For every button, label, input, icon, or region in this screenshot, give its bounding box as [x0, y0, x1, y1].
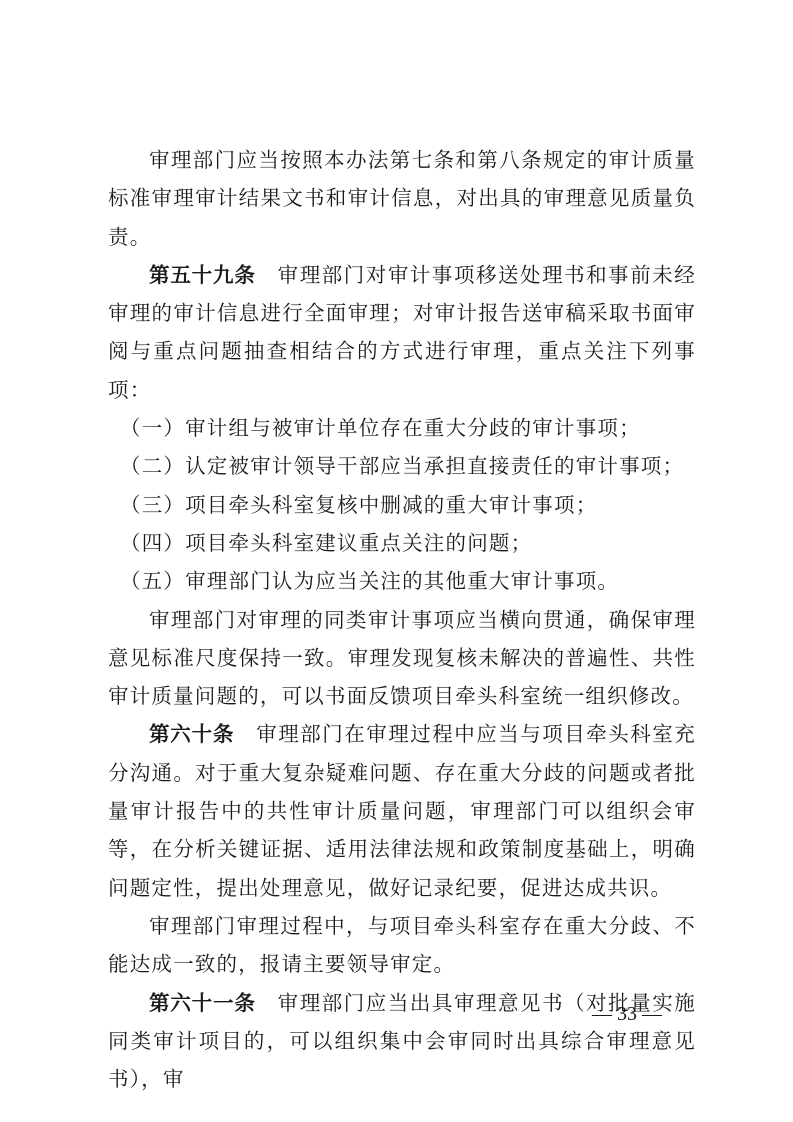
page-number: — 33 —: [592, 1003, 662, 1026]
article-59: 第五十九条审理部门对审计事项移送处理书和事前未经审理的审计信息进行全面审理；对审…: [108, 256, 696, 409]
paragraph-text: 审理部门审理过程中，与项目牵头科室存在重大分歧、不能达成一致的，报请主要领导审定…: [108, 914, 696, 976]
list-item: （四）项目牵头科室建议重点关注的问题；: [108, 524, 696, 562]
list-item: （五）审理部门认为应当关注的其他重大审计事项。: [108, 562, 696, 600]
article-61: 第六十一条审理部门应当出具审理意见书（对批量实施同类审计项目的，可以组织集中会审…: [108, 984, 696, 1099]
paragraph-text: 审理部门对审理的同类审计事项应当横向贯通，确保审理意见标准尺度保持一致。审理发现…: [108, 608, 696, 709]
list-item-text: （五）审理部门认为应当关注的其他重大审计事项。: [120, 569, 619, 593]
article-heading: 第五十九条: [149, 263, 256, 287]
list-item: （一）审计组与被审计单位存在重大分歧的审计事项；: [108, 409, 696, 447]
list-item-text: （三）项目牵头科室复核中删减的重大审计事项；: [120, 493, 597, 517]
document-page: 审理部门应当按照本办法第七条和第八条规定的审计质量标准审理审计结果文书和审计信息…: [108, 141, 696, 1098]
paragraph-horizontal-consistency: 审理部门对审理的同类审计事项应当横向贯通，确保审理意见标准尺度保持一致。审理发现…: [108, 601, 696, 716]
article-heading: 第六十一条: [149, 991, 256, 1015]
article-60: 第六十条审理部门在审理过程中应当与项目牵头科室充分沟通。对于重大复杂疑难问题、存…: [108, 715, 696, 906]
paragraph-text: 审理部门应当按照本办法第七条和第八条规定的审计质量标准审理审计结果文书和审计信息…: [108, 148, 696, 249]
list-item-text: （四）项目牵头科室建议重点关注的问题；: [120, 531, 532, 555]
list-item-text: （二）认定被审计领导干部应当承担直接责任的审计事项；: [120, 454, 684, 478]
list-item: （三）项目牵头科室复核中删减的重大审计事项；: [108, 486, 696, 524]
list-item: （二）认定被审计领导干部应当承担直接责任的审计事项；: [108, 447, 696, 485]
list-item-text: （一）审计组与被审计单位存在重大分歧的审计事项；: [120, 416, 641, 440]
paragraph-review-quality-responsibility: 审理部门应当按照本办法第七条和第八条规定的审计质量标准审理审计结果文书和审计信息…: [108, 141, 696, 256]
paragraph-escalation: 审理部门审理过程中，与项目牵头科室存在重大分歧、不能达成一致的，报请主要领导审定…: [108, 907, 696, 984]
article-heading: 第六十条: [149, 722, 234, 746]
article-text: 审理部门在审理过程中应当与项目牵头科室充分沟通。对于重大复杂疑难问题、存在重大分…: [108, 722, 696, 899]
